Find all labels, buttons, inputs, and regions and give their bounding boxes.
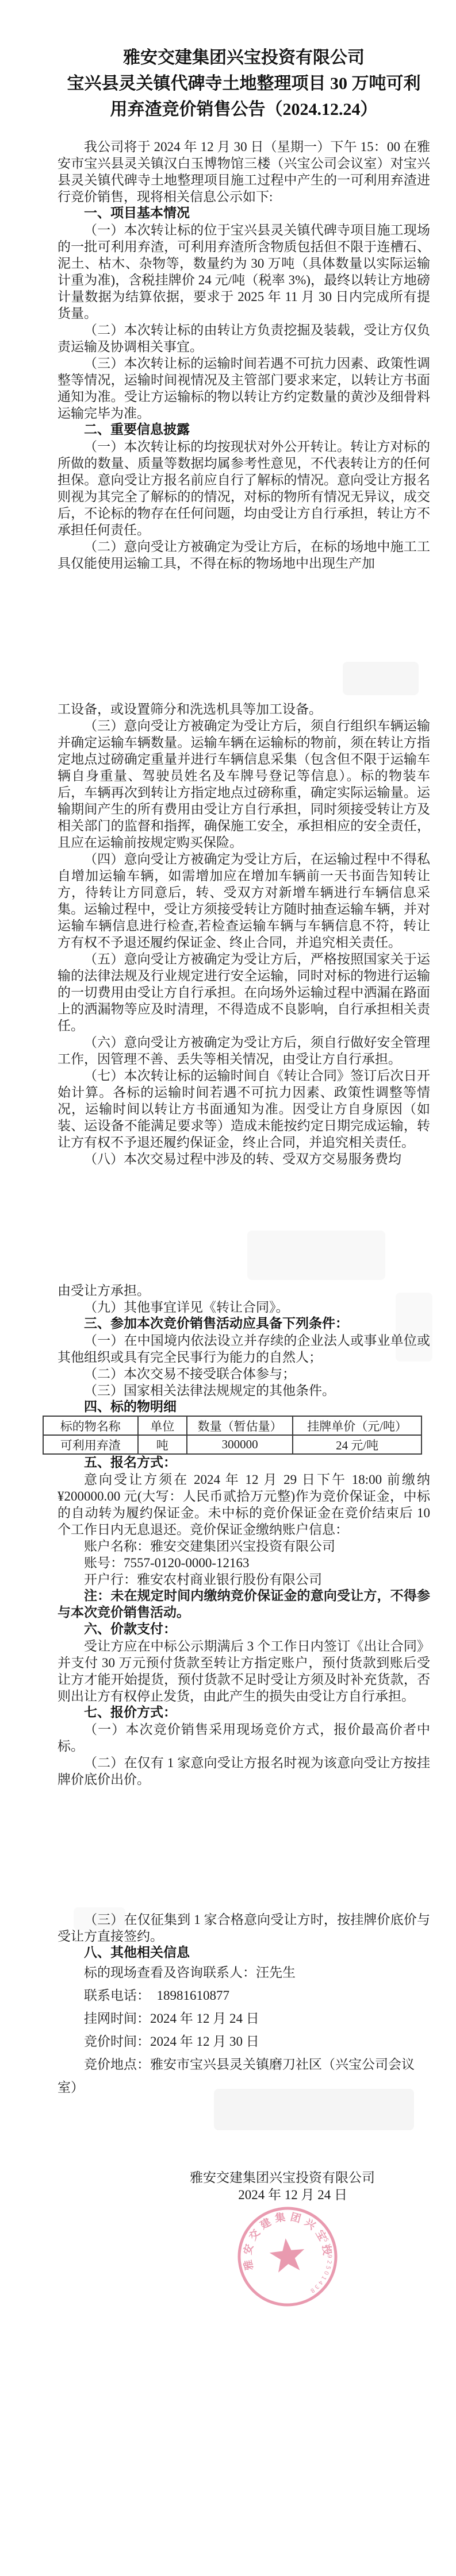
paragraph: （二）本次转让标的由转让方负责挖掘及装载，受让方仅负责运输及协调相关事宜。 bbox=[58, 322, 430, 355]
deposit-note: 注：未在规定时间内缴纳竞价保证金的意向受让方，不得参与本次竞价销售活动。 bbox=[58, 1588, 430, 1621]
table-header-unit: 单位 bbox=[138, 1416, 187, 1435]
section-heading-lot-detail: 四、标的物明细 bbox=[58, 1399, 430, 1416]
signature-company: 雅安交建集团兴宝投资有限公司 bbox=[58, 2169, 375, 2186]
contact-phone-line: 联系电话： 18981610877 bbox=[58, 1984, 430, 2007]
svg-text:雅安交建集团兴宝投资有限公司: 雅安交建集团兴宝投资有限公司 bbox=[231, 2200, 334, 2273]
bid-venue-line: 竞价地点：雅安市宝兴县灵关镇磨刀社区（兴宝公司会议室） bbox=[58, 2053, 430, 2099]
page-break-gap bbox=[58, 572, 430, 701]
paragraph: （三）国家相关法律法规规定的其他条件。 bbox=[58, 1382, 430, 1399]
seal-outer-ring bbox=[235, 2204, 341, 2310]
bid-date-line: 竞价时间：2024 年 12 月 30 日 bbox=[58, 2030, 430, 2053]
paragraph: （三）本次转让标的运输时间若遇不可抗力因素、政策性调整等情况，运输时间视情况及主… bbox=[58, 355, 430, 422]
company-seal-stamp: 雅安交建集团兴宝投资有限公司 51192501438 bbox=[231, 2200, 344, 2313]
paragraph: （二）意向受让方被确定为受让方后，在标的场地中施工工具仅能使用运输工具，不得在标… bbox=[58, 538, 430, 572]
section-heading-project: 一、项目基本情况 bbox=[58, 205, 430, 222]
section-heading-bidding: 七、报价方式： bbox=[58, 1705, 430, 1721]
paragraph: （二）在仅有 1 家意向受让方报名时视为该意向受让方按挂牌价底价出价。 bbox=[58, 1754, 430, 1788]
paragraph: 受让方应在中标公示期满后 3 个工作日内签订《出让合同》并支付 30 万元预付货… bbox=[58, 1638, 430, 1705]
seal-star-icon bbox=[268, 2236, 306, 2273]
paragraph: （三）意向受让方被确定为受让方后，须自行组织车辆运输并确定运输车辆数量。运输车辆… bbox=[58, 718, 430, 851]
cell-unit: 吨 bbox=[138, 1435, 187, 1454]
contact-person-line: 标的现场查看及咨询联系人：汪先生 bbox=[58, 1961, 430, 1984]
paragraph: （一）本次竞价销售采用现场竞价方式，报价最高价者中标。 bbox=[58, 1721, 430, 1754]
paragraph-continuation: 由受让方承担。 bbox=[58, 1282, 430, 1299]
section-heading-other-info: 八、其他相关信息 bbox=[58, 1945, 430, 1961]
intro-paragraph: 我公司将于 2024 年 12 月 30 日（星期一）下午 15：00 在雅安市… bbox=[58, 138, 430, 205]
publish-date-line: 挂网时间：2024 年 12 月 24 日 bbox=[58, 2007, 430, 2030]
cell-price: 24 元/吨 bbox=[293, 1435, 421, 1454]
paragraph: （八）本次交易过程中涉及的转、受双方交易服务费均 bbox=[58, 1151, 430, 1167]
document-page: 雅安交建集团兴宝投资有限公司 宝兴县灵关镇代碑寺土地整理项目 30 万吨可利 用… bbox=[0, 0, 456, 2576]
paragraph: （四）意向受让方被确定为受让方后，在运输过程中不得私自增加运输车辆，如需增加应在… bbox=[58, 851, 430, 951]
title-line-1: 雅安交建集团兴宝投资有限公司 bbox=[58, 45, 430, 71]
section-heading-conditions: 三、参加本次竞价销售活动应具备下列条件： bbox=[58, 1316, 430, 1332]
signature-date: 2024 年 12 月 24 日 bbox=[58, 2186, 347, 2204]
paragraph: （九）其他事宜详见《转让合同》。 bbox=[58, 1299, 430, 1316]
cell-lot-name: 可利用弃渣 bbox=[43, 1435, 138, 1454]
page-break-gap bbox=[58, 1167, 430, 1282]
paragraph: 意向受让方须在 2024 年 12 月 29 日下午 18:00 前缴纳¥200… bbox=[58, 1471, 430, 1538]
account-number-line: 账号：7557-0120-0000-12163 bbox=[58, 1555, 430, 1571]
paragraph: （三）在仅征集到 1 家合格意向受让方时，按挂牌价底价与受让方直接签约。 bbox=[58, 1911, 430, 1945]
table-row: 可利用弃渣 吨 300000 24 元/吨 bbox=[43, 1435, 421, 1454]
seal-number-text: 51192501438 bbox=[302, 2237, 336, 2295]
section-heading-disclosure: 二、重要信息披露 bbox=[58, 422, 430, 438]
cell-quantity: 300000 bbox=[187, 1435, 293, 1454]
account-name-line: 账户名称：雅安交建集团兴宝投资有限公司 bbox=[58, 1538, 430, 1555]
page-break-gap bbox=[58, 1788, 430, 1911]
table-header-name: 标的物名称 bbox=[43, 1416, 138, 1435]
table-header-quantity: 数量（暂估量） bbox=[187, 1416, 293, 1435]
title-line-3: 用弃渣竞价销售公告（2024.12.24） bbox=[58, 97, 430, 122]
table-header-row: 标的物名称 单位 数量（暂估量） 挂牌单价（元/吨） bbox=[43, 1416, 421, 1435]
paragraph-continuation: 工设备，或设置筛分和洗选机具等加工设备。 bbox=[58, 701, 430, 718]
section-heading-signup: 五、报名方式： bbox=[58, 1455, 430, 1471]
bank-line: 开户行：雅安农村商业银行股份有限公司 bbox=[58, 1571, 430, 1588]
paragraph: （六）意向受让方被确定为受让方后，须自行做好安全管理工作，因管理不善、丢失等相关… bbox=[58, 1034, 430, 1067]
document-title: 雅安交建集团兴宝投资有限公司 宝兴县灵关镇代碑寺土地整理项目 30 万吨可利 用… bbox=[58, 45, 430, 122]
paragraph: （二）本次交易不接受联合体参与； bbox=[58, 1366, 430, 1382]
title-line-2: 宝兴县灵关镇代碑寺土地整理项目 30 万吨可利 bbox=[58, 71, 430, 97]
text-column: 雅安交建集团兴宝投资有限公司 宝兴县灵关镇代碑寺土地整理项目 30 万吨可利 用… bbox=[58, 0, 430, 2204]
svg-text:51192501438: 51192501438 bbox=[302, 2237, 336, 2295]
seal-arc-text: 雅安交建集团兴宝投资有限公司 bbox=[231, 2200, 334, 2273]
table-header-price: 挂牌单价（元/吨） bbox=[293, 1416, 421, 1435]
lot-detail-table: 标的物名称 单位 数量（暂估量） 挂牌单价（元/吨） 可利用弃渣 吨 30000… bbox=[43, 1416, 422, 1455]
signature-block: 雅安交建集团兴宝投资有限公司 2024 年 12 月 24 日 bbox=[58, 2169, 375, 2204]
paragraph: （七）本次转让标的运输时间自《转让合同》签订后次日开始计算。各标的运输时间若遇不… bbox=[58, 1067, 430, 1151]
paragraph: （五）意向受让方被确定为受让方后，严格按照国家关于运输的法律法规及行业规定进行安… bbox=[58, 951, 430, 1034]
paragraph: （一）本次转让标的均按现状对外公开转让。转让方对标的所做的数量、质量等数据均属参… bbox=[58, 438, 430, 538]
paragraph: （一）本次转让标的位于宝兴县灵关镇代碑寺项目施工现场的一批可利用弃渣，可利用弃渣… bbox=[58, 222, 430, 322]
paragraph: （一）在中国境内依法设立并存续的企业法人或事业单位或其他组织或具有完全民事行为能… bbox=[58, 1332, 430, 1366]
section-heading-payment: 六、价款支付： bbox=[58, 1621, 430, 1638]
